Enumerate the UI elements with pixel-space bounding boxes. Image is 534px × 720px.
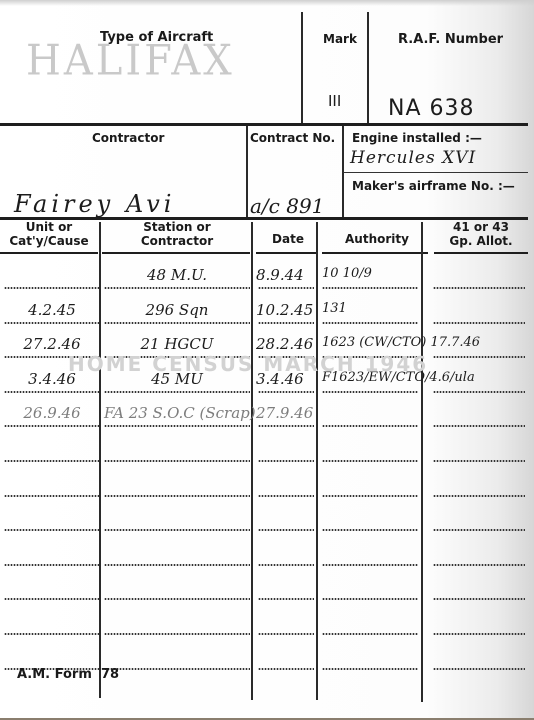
- dotted-line: [258, 495, 314, 497]
- dotted-line: [433, 425, 525, 427]
- dotted-line: [104, 322, 250, 324]
- dotted-line: [104, 633, 250, 635]
- cell-station: 21 HGCU: [104, 335, 250, 353]
- dotted-line: [104, 495, 250, 497]
- cell-station: 45 MU: [104, 370, 250, 388]
- cell-date: 8.9.44: [256, 266, 318, 284]
- cell-authority: F1623/EW/CTO/4.6/ula: [322, 370, 475, 385]
- dotted-line: [104, 391, 250, 393]
- dotted-line: [433, 598, 525, 600]
- dotted-line: [322, 529, 418, 531]
- dotted-line: [258, 287, 314, 289]
- col-header-allot: 41 or 43 Gp. Allot.: [434, 220, 528, 248]
- dotted-line: [322, 668, 418, 670]
- dotted-line: [322, 425, 418, 427]
- dotted-line: [4, 564, 99, 566]
- col-divider-4: [421, 222, 423, 702]
- engine-installed-value: Hercules XVI: [350, 148, 476, 168]
- engine-rule: [343, 172, 528, 173]
- dotted-line: [433, 356, 525, 358]
- header-divider-1: [301, 12, 303, 124]
- makers-airframe-label: Maker's airframe No. :—: [352, 179, 515, 193]
- dotted-line: [322, 495, 418, 497]
- contractor-label: Contractor: [92, 131, 164, 145]
- dotted-line: [104, 460, 250, 462]
- mark-label: Mark: [323, 32, 357, 46]
- dotted-line: [433, 633, 525, 635]
- cell-unit: 4.2.45: [8, 301, 96, 319]
- header-divider-2: [367, 12, 369, 124]
- dotted-line: [433, 495, 525, 497]
- dotted-line: [322, 322, 418, 324]
- dotted-line: [104, 598, 250, 600]
- dotted-line: [322, 633, 418, 635]
- cell-date: 10.2.45: [256, 301, 318, 319]
- dotted-line: [433, 564, 525, 566]
- col-header-date: Date: [256, 232, 320, 246]
- dotted-line: [433, 529, 525, 531]
- dotted-line: [258, 668, 314, 670]
- dotted-line: [4, 287, 99, 289]
- form-name: A.M. Form: [17, 667, 92, 682]
- contractor-value: Fairey Avi: [14, 190, 175, 218]
- dotted-line: [4, 495, 99, 497]
- header-underline-1: [0, 252, 98, 254]
- cell-authority: 10 10/9: [322, 266, 434, 281]
- col-header-unit: Unit or Cat'y/Cause: [0, 220, 98, 248]
- raf-number-value: NA 638: [388, 96, 475, 121]
- dotted-line: [258, 322, 314, 324]
- header-underline-2: [102, 252, 250, 254]
- dotted-line: [4, 322, 99, 324]
- cell-station: 296 Sqn: [104, 301, 250, 319]
- engine-installed-label: Engine installed :—: [352, 131, 482, 145]
- cell-unit: 26.9.46: [8, 404, 96, 422]
- cell-date: 27.9.46: [256, 404, 318, 422]
- dotted-line: [104, 529, 250, 531]
- dotted-line: [104, 564, 250, 566]
- dotted-line: [104, 287, 250, 289]
- col-divider-1: [99, 222, 101, 698]
- dotted-line: [433, 287, 525, 289]
- contract-no-value: a/c 891: [250, 194, 324, 218]
- aircraft-record-card: HALIFAX Type of Aircraft Mark R.A.F. Num…: [0, 0, 534, 718]
- header-underline-3: [256, 252, 318, 254]
- cell-station: FA 23 S.O.C (Scrap): [104, 404, 250, 422]
- dotted-line: [322, 287, 418, 289]
- dotted-line: [322, 391, 418, 393]
- cell-unit: 3.4.46: [8, 370, 96, 388]
- dotted-line: [258, 460, 314, 462]
- dotted-line: [433, 391, 525, 393]
- dotted-line: [4, 598, 99, 600]
- cell-date: 28.2.46: [256, 335, 318, 353]
- dotted-line: [322, 460, 418, 462]
- type-of-aircraft-label: Type of Aircraft: [100, 30, 213, 45]
- dotted-line: [258, 564, 314, 566]
- cell-authority: 1623 (CW/CTO) 17.7.46: [322, 335, 480, 350]
- mark-value: III: [328, 92, 341, 110]
- dotted-line: [4, 425, 99, 427]
- dotted-line: [433, 460, 525, 462]
- dotted-line: [322, 598, 418, 600]
- dotted-line: [104, 425, 250, 427]
- header-underline-5: [434, 252, 528, 254]
- dotted-line: [4, 460, 99, 462]
- dotted-line: [258, 425, 314, 427]
- header-underline-4: [322, 252, 428, 254]
- dotted-line: [4, 633, 99, 635]
- raf-number-label: R.A.F. Number: [398, 32, 503, 47]
- dotted-line: [433, 668, 525, 670]
- dotted-line: [258, 391, 314, 393]
- cell-station: 48 M.U.: [104, 266, 250, 284]
- dotted-line: [258, 598, 314, 600]
- header-bottom-rule: [0, 123, 528, 126]
- form-number: 78: [101, 667, 119, 682]
- col-header-authority: Authority: [322, 232, 432, 246]
- cell-authority: 131: [322, 301, 434, 316]
- dotted-line: [4, 391, 99, 393]
- contract-divider-1: [246, 126, 248, 218]
- dotted-line: [258, 529, 314, 531]
- col-header-station: Station or Contractor: [102, 220, 252, 248]
- cell-date: 3.4.46: [256, 370, 318, 388]
- dotted-line: [4, 529, 99, 531]
- dotted-line: [104, 668, 250, 670]
- cell-unit: 27.2.46: [8, 335, 96, 353]
- col-divider-3: [316, 222, 318, 700]
- dotted-line: [258, 633, 314, 635]
- dotted-line: [433, 322, 525, 324]
- contract-no-label: Contract No.: [250, 131, 335, 145]
- col-divider-2: [251, 222, 253, 700]
- dotted-line: [322, 564, 418, 566]
